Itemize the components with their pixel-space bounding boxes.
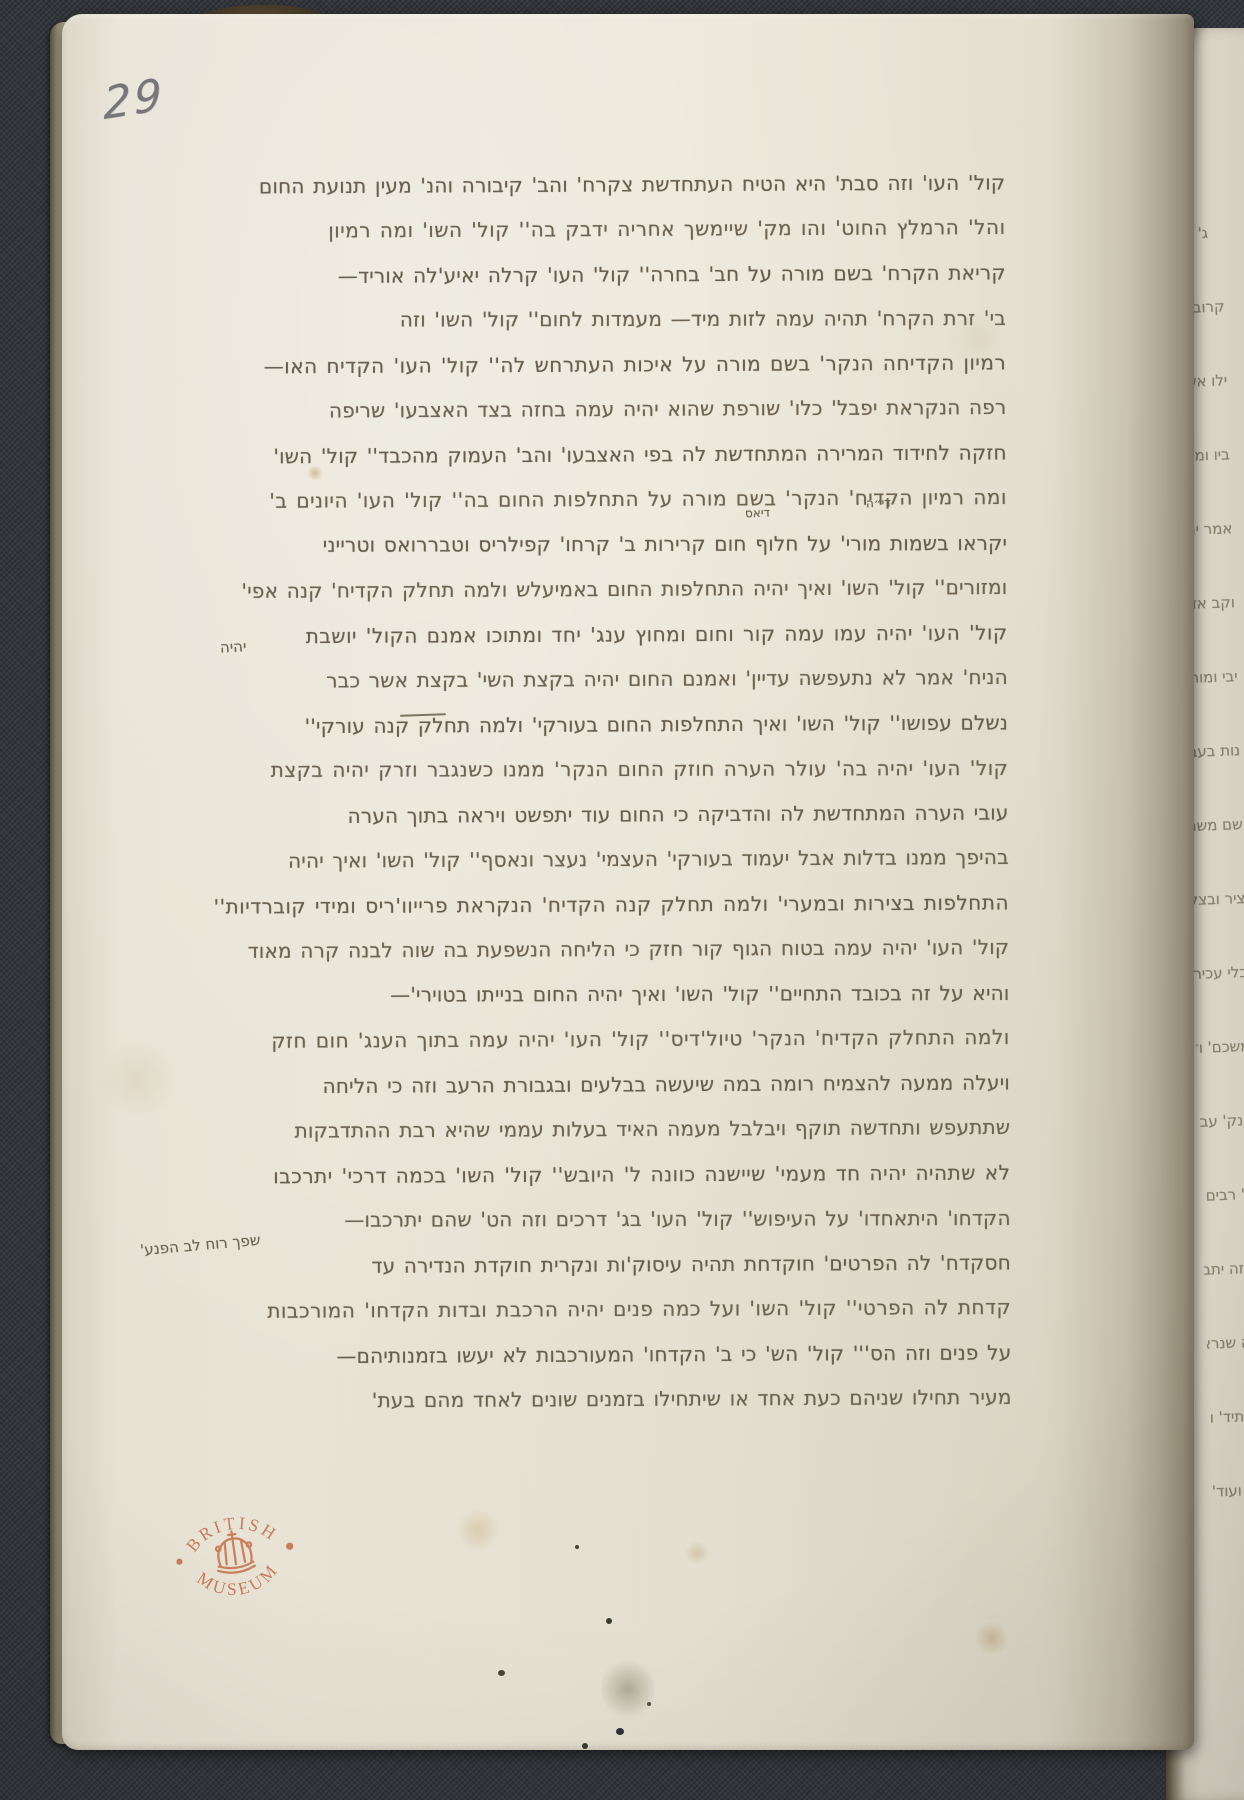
- manuscript-text-line: חסקדח' לה הפרטים' חוקדחת תהיה עיסוק'ות ו…: [215, 1240, 1011, 1289]
- manuscript-text-line: עובי הערה המתחדשת לה והדביקה כי החום עוד…: [213, 790, 1009, 839]
- manuscript-text-line: רפה הנקראת יפבל' כלו' שורפת שהוא יהיה עמ…: [210, 385, 1006, 434]
- manuscript-text-line: ויעלה ממעה להצמיח רומה במה שיעשה בבלעים …: [214, 1060, 1010, 1109]
- stamp-graphic: BRITISH MUSEUM: [164, 1482, 305, 1632]
- ink-speck: [606, 1618, 612, 1624]
- manuscript-text-line: רמיון הקדיחה הנקר' בשם מורה על איכות העת…: [210, 340, 1006, 389]
- manuscript-text-line: קריאת הקרח' בשם מורה על חב' בחרה'' קול' …: [210, 250, 1006, 299]
- manuscript-text-line: שתתעפש ותחדשה תוקף ויבלבל מעמה האיד בעלו…: [214, 1105, 1010, 1154]
- next-folio-text-fragment: ומזה יתבאר: [1203, 1231, 1244, 1307]
- next-folio-text-fragment: שם משמות: [1187, 787, 1244, 863]
- manuscript-text-line: הקדחו' היתאחדו' על העיפוש'' קול' העו' בג…: [215, 1196, 1011, 1243]
- stain: [455, 1510, 501, 1550]
- manuscript-text-line: התחלפות בצירות ובמערי' ולמה תחלק קנה הקד…: [213, 880, 1009, 929]
- manuscript-text-line: הניח' אמר לא נתעפשה עדיין' ואמנם החום יה…: [212, 655, 1008, 704]
- folio-number: 29: [103, 69, 165, 130]
- next-folio-text-fragment: העתיד' ומהסבע: [1208, 1379, 1244, 1455]
- manuscript-text-line: קול' העו' יהיה עמה בטוח הגוף קור חזק כי …: [213, 925, 1009, 974]
- manuscript-text-line: קול' העו' וזה סבת' היא הטיח העתחדשת צקרח…: [209, 160, 1005, 209]
- british-museum-stamp: BRITISH MUSEUM: [164, 1482, 305, 1632]
- ink-speck: [575, 1545, 579, 1549]
- manuscript-text-line: קול' העו' יהיה בה' עולר הערה חוזק החום ה…: [212, 746, 1008, 793]
- manuscript-text-line: חזקה לחידוד המרירה המתחדשת לה בפי האצבעו…: [211, 430, 1007, 479]
- manuscript-text-line: נשלם עפושו'' קול' השו' ואיך התחלפות החום…: [212, 700, 1008, 749]
- manuscript-text-line: על פנים וזה הס''' קול' הש' כי ב' הקדחו' …: [215, 1330, 1011, 1379]
- manuscript-text-line: יקראו בשמות מורי' על חלוף חום קרירות ב' …: [211, 521, 1007, 568]
- manuscript-text-line: בהיפך ממנו בדלות אבל יעמוד בעורקי' העצמי…: [213, 835, 1009, 884]
- manuscript-page: 29 קול' העו' וזה סבת' היא הטיח העתחדשת צ…: [62, 14, 1194, 1750]
- ink-speck: [647, 1702, 651, 1706]
- manuscript-photo: ג' ייום'קרוב' וכ'ילו אש יצלביו ומת נקאמר…: [0, 0, 1244, 1800]
- next-folio-text-fragment: משכם' וזמן: [1195, 1009, 1244, 1085]
- svg-text:MUSEUM: MUSEUM: [191, 1557, 285, 1605]
- ink-speck: [582, 1743, 588, 1749]
- next-folio-text-fragment: ועוד': [1211, 1453, 1244, 1529]
- next-folio-text-fragment: ציר ובצק עו': [1190, 861, 1244, 937]
- stain: [602, 1656, 654, 1722]
- manuscript-text-line: והיא על זה בכובד התחיים'' קול' השו' ואיך…: [214, 971, 1010, 1018]
- manuscript-text-line: לא שתהיה יהיה חד מעמי' שיישנה כוונה ל' ה…: [214, 1150, 1010, 1199]
- manuscript-text-line: והל' הרמלץ החוט' והו מק' שיימשך אחריה יד…: [209, 205, 1005, 254]
- ink-speck: [498, 1670, 505, 1676]
- main-text-block: קול' העו' וזה סבת' היא הטיח העתחדשת צקרח…: [209, 160, 1011, 1424]
- interlinear-correction: דיאס: [745, 506, 771, 521]
- manuscript-text-line: ומזורים'' קול' השו' ואיך יהיה התחלפות הח…: [211, 565, 1007, 614]
- stamp-text-bottom: MUSEUM: [191, 1557, 285, 1605]
- interlinear-correction: די״ה: [866, 496, 891, 511]
- manuscript-text-line: קול' העו' יהיה עמו עמה קור וחום ומחוץ ענ…: [212, 610, 1008, 659]
- next-folio-text-fragment: מה שנראה: [1206, 1305, 1244, 1381]
- stain: [92, 1044, 182, 1114]
- margin-note: יהיה: [220, 637, 247, 656]
- manuscript-text-line: ולמה התחלק הקדיח' הנקר' טיול'דיס'' קול' …: [214, 1015, 1010, 1064]
- manuscript-text-line: קדחת לה הפרטי'' קול' השו' ועל כמה פנים י…: [215, 1285, 1011, 1334]
- stain: [974, 1622, 1010, 1654]
- manuscript-text-line: מעיר תחילו שניהם כעת אחד או שיתחילו בזמנ…: [216, 1375, 1012, 1424]
- stain: [684, 1542, 710, 1564]
- manuscript-text-line: בי' זרת הקרח' תהיה עמה לזות מיד— מעמדות …: [210, 296, 1006, 343]
- next-folio-text-fragment: ק' רבים על: [1200, 1157, 1244, 1233]
- next-folio-text-fragment: הנק' עב' עו': [1198, 1083, 1244, 1159]
- next-folio-text-fragment: בלי עכירות: [1193, 935, 1244, 1011]
- ink-speck: [616, 1728, 624, 1735]
